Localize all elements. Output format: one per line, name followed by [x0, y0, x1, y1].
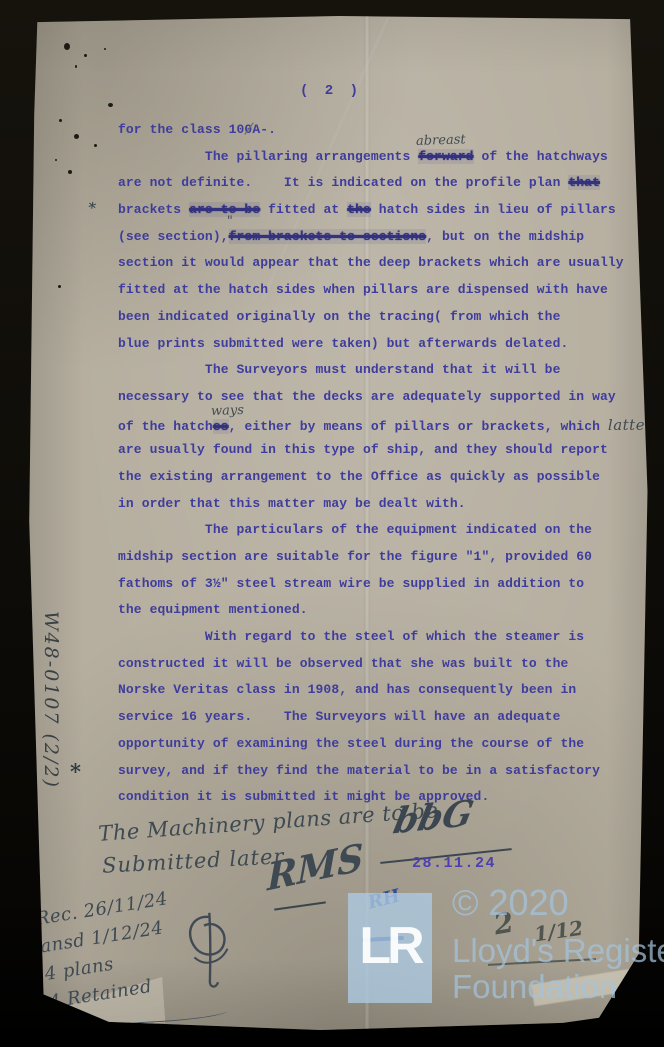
- margin-asterisk: *: [70, 759, 81, 784]
- ink-spot: [74, 134, 79, 139]
- signature-underline: [274, 901, 326, 910]
- typed-date: 28.11.24: [412, 855, 496, 872]
- ink-spot: [58, 285, 61, 288]
- pencil-fraction: 1/12: [533, 916, 585, 947]
- initials-blue-ink: RH: [366, 885, 402, 913]
- margin-asterisk: *: [86, 198, 97, 217]
- ink-spot: [104, 48, 106, 50]
- page-number: ( 2 ): [300, 83, 362, 99]
- initials-underline: [362, 936, 404, 942]
- typed-text: for the class 100A-. The pillaring arran…: [118, 122, 638, 816]
- bottom-right-tear: [531, 966, 653, 1007]
- archive-reference-handwritten: W48-0107 (2/2): [40, 611, 62, 871]
- signature-right: bbG: [390, 792, 477, 842]
- monogram-signature: [178, 908, 243, 1000]
- ink-spot: [68, 170, 72, 174]
- ink-spot: [64, 43, 70, 50]
- ink-spot: [55, 159, 57, 161]
- received-note: Rec. 26/11/24 ansd 1/12/24 4 plans 4 Ret…: [34, 885, 183, 1016]
- ink-spot: [75, 65, 77, 68]
- ink-spot: [59, 119, 62, 122]
- document-page: ( 2 ) for the class 100A-. The pillaring…: [28, 13, 650, 1030]
- pencil-underline: [488, 958, 596, 966]
- machinery-note-line2: Submitted later: [101, 844, 285, 878]
- photo-background: ( 2 ) for the class 100A-. The pillaring…: [0, 0, 664, 1047]
- ink-spot: [84, 54, 87, 57]
- ink-spot: [108, 103, 113, 107]
- pencil-number: 2: [491, 906, 516, 942]
- ink-spot: [94, 144, 97, 147]
